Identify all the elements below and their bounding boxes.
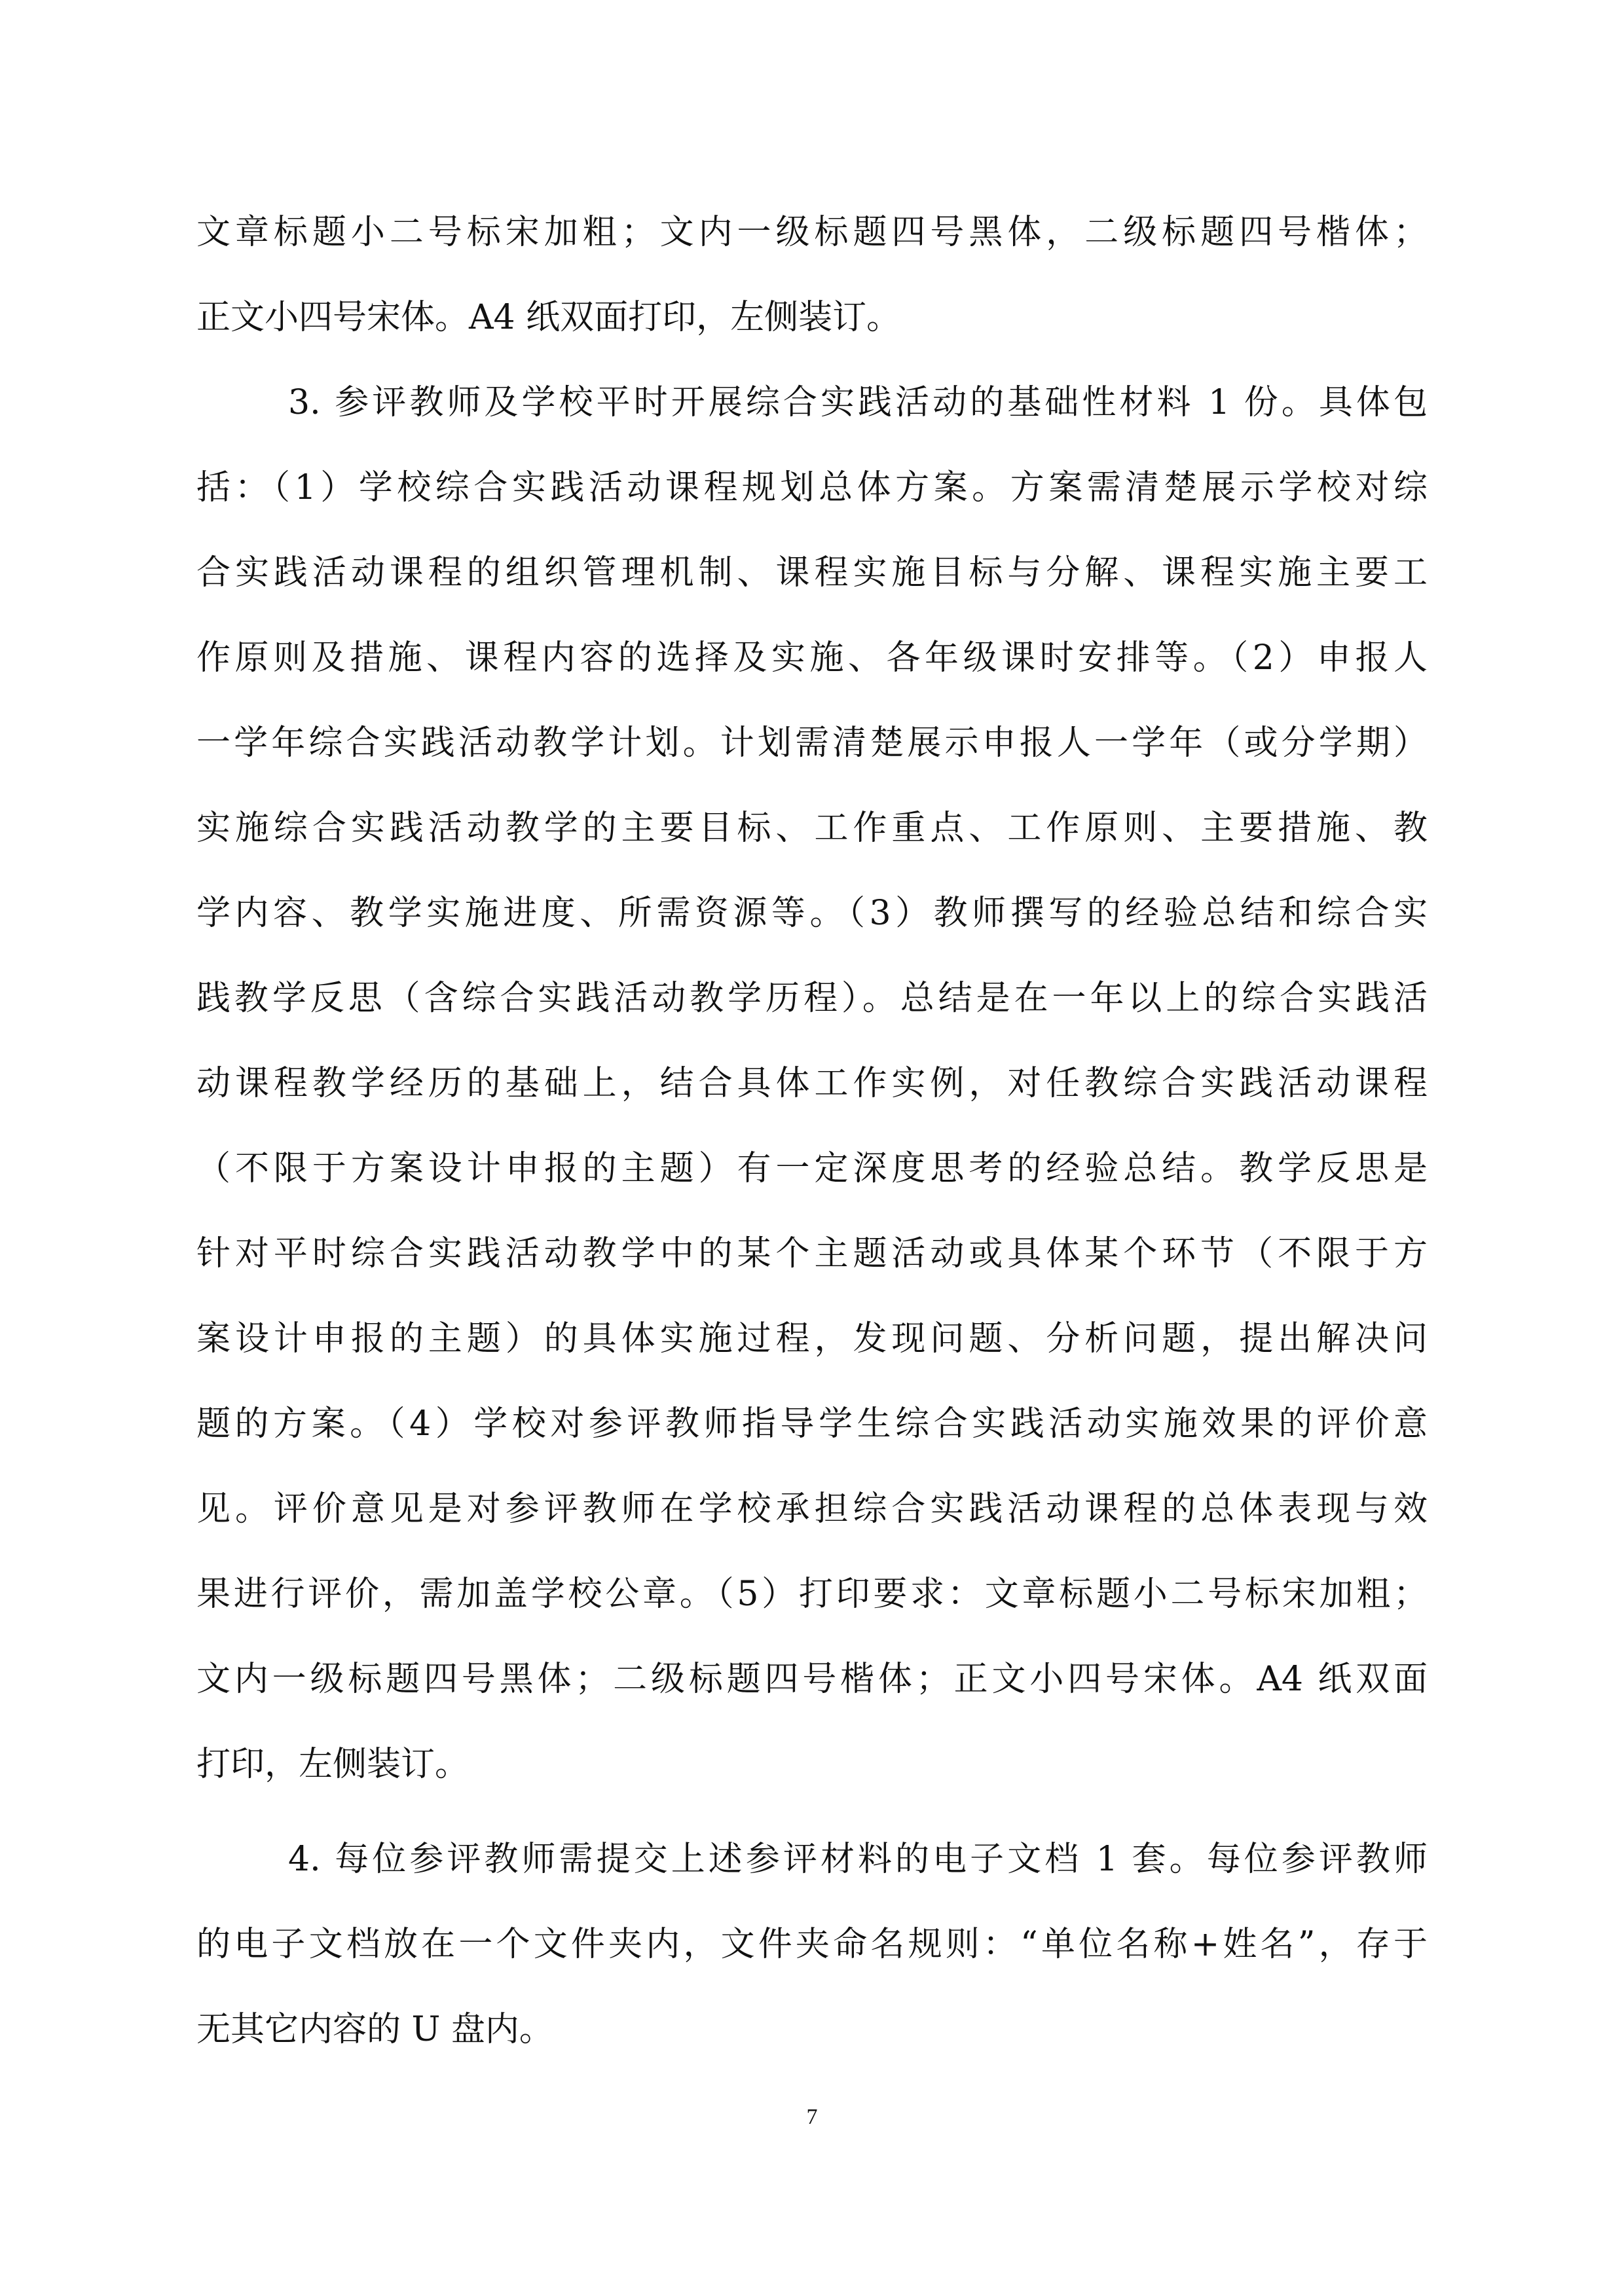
text-line: 实施综合实践活动教学的主要目标、工作重点、工作原则、主要措施、教 bbox=[196, 809, 1428, 848]
text-line: 题的方案。（4）学校对参评教师指导学生综合实践活动实施效果的评价意 bbox=[196, 1404, 1428, 1444]
text-line: 作原则及措施、课程内容的选择及实施、各年级课时安排等。（2）申报人 bbox=[196, 638, 1428, 678]
text-line: （不限于方案设计申报的主题）有一定深度思考的经验总结。教学反思是 bbox=[196, 1149, 1428, 1188]
text-line: 果进行评价，需加盖学校公章。（5）打印要求：文章标题小二号标宋加粗； bbox=[196, 1575, 1428, 1614]
text-line: 学内容、教学实施进度、所需资源等。（3）教师撰写的经验总结和综合实 bbox=[196, 894, 1428, 933]
text-line: 正文小四号宋体。A4 纸双面打印，左侧装订。 bbox=[196, 298, 1428, 337]
text-line: 一学年综合实践活动教学计划。计划需清楚展示申报人一学年（或分学期） bbox=[196, 723, 1428, 763]
text-line: 动课程教学经历的基础上，结合具体工作实例，对任教综合实践活动课程 bbox=[196, 1064, 1428, 1103]
paragraph-4-start: 4. 每位参评教师需提交上述参评材料的电子文档 1 套。每位参评教师 bbox=[288, 1840, 1428, 1879]
text-line: 针对平时综合实践活动教学中的某个主题活动或具体某个环节（不限于方 bbox=[196, 1234, 1428, 1273]
text-line: 无其它内容的 U 盘内。 bbox=[196, 2010, 1428, 2049]
text-line: 打印，左侧装订。 bbox=[196, 1745, 1428, 1784]
text-line: 文内一级标题四号黑体；二级标题四号楷体；正文小四号宋体。A4 纸双面 bbox=[196, 1660, 1428, 1699]
text-line: 的电子文档放在一个文件夹内，文件夹命名规则：“单位名称+姓名”，存于 bbox=[196, 1925, 1428, 1964]
text-line: 践教学反思（含综合实践活动教学历程）。总结是在一年以上的综合实践活 bbox=[196, 979, 1428, 1018]
text-line: 见。评价意见是对参评教师在学校承担综合实践活动课程的总体表现与效 bbox=[196, 1489, 1428, 1529]
text-line: 合实践活动课程的组织管理机制、课程实施目标与分解、课程实施主要工 bbox=[196, 553, 1428, 592]
page-number: 7 bbox=[0, 2105, 1624, 2130]
document-page: 文章标题小二号标宋加粗；文内一级标题四号黑体，二级标题四号楷体； 正文小四号宋体… bbox=[0, 0, 1624, 2296]
text-line: 文章标题小二号标宋加粗；文内一级标题四号黑体，二级标题四号楷体； bbox=[196, 213, 1428, 252]
text-line: 案设计申报的主题）的具体实施过程，发现问题、分析问题，提出解决问 bbox=[196, 1319, 1428, 1358]
paragraph-3-start: 3. 参评教师及学校平时开展综合实践活动的基础性材料 1 份。具体包 bbox=[288, 383, 1428, 422]
text-line: 括：（1）学校综合实践活动课程规划总体方案。方案需清楚展示学校对综 bbox=[196, 468, 1428, 507]
